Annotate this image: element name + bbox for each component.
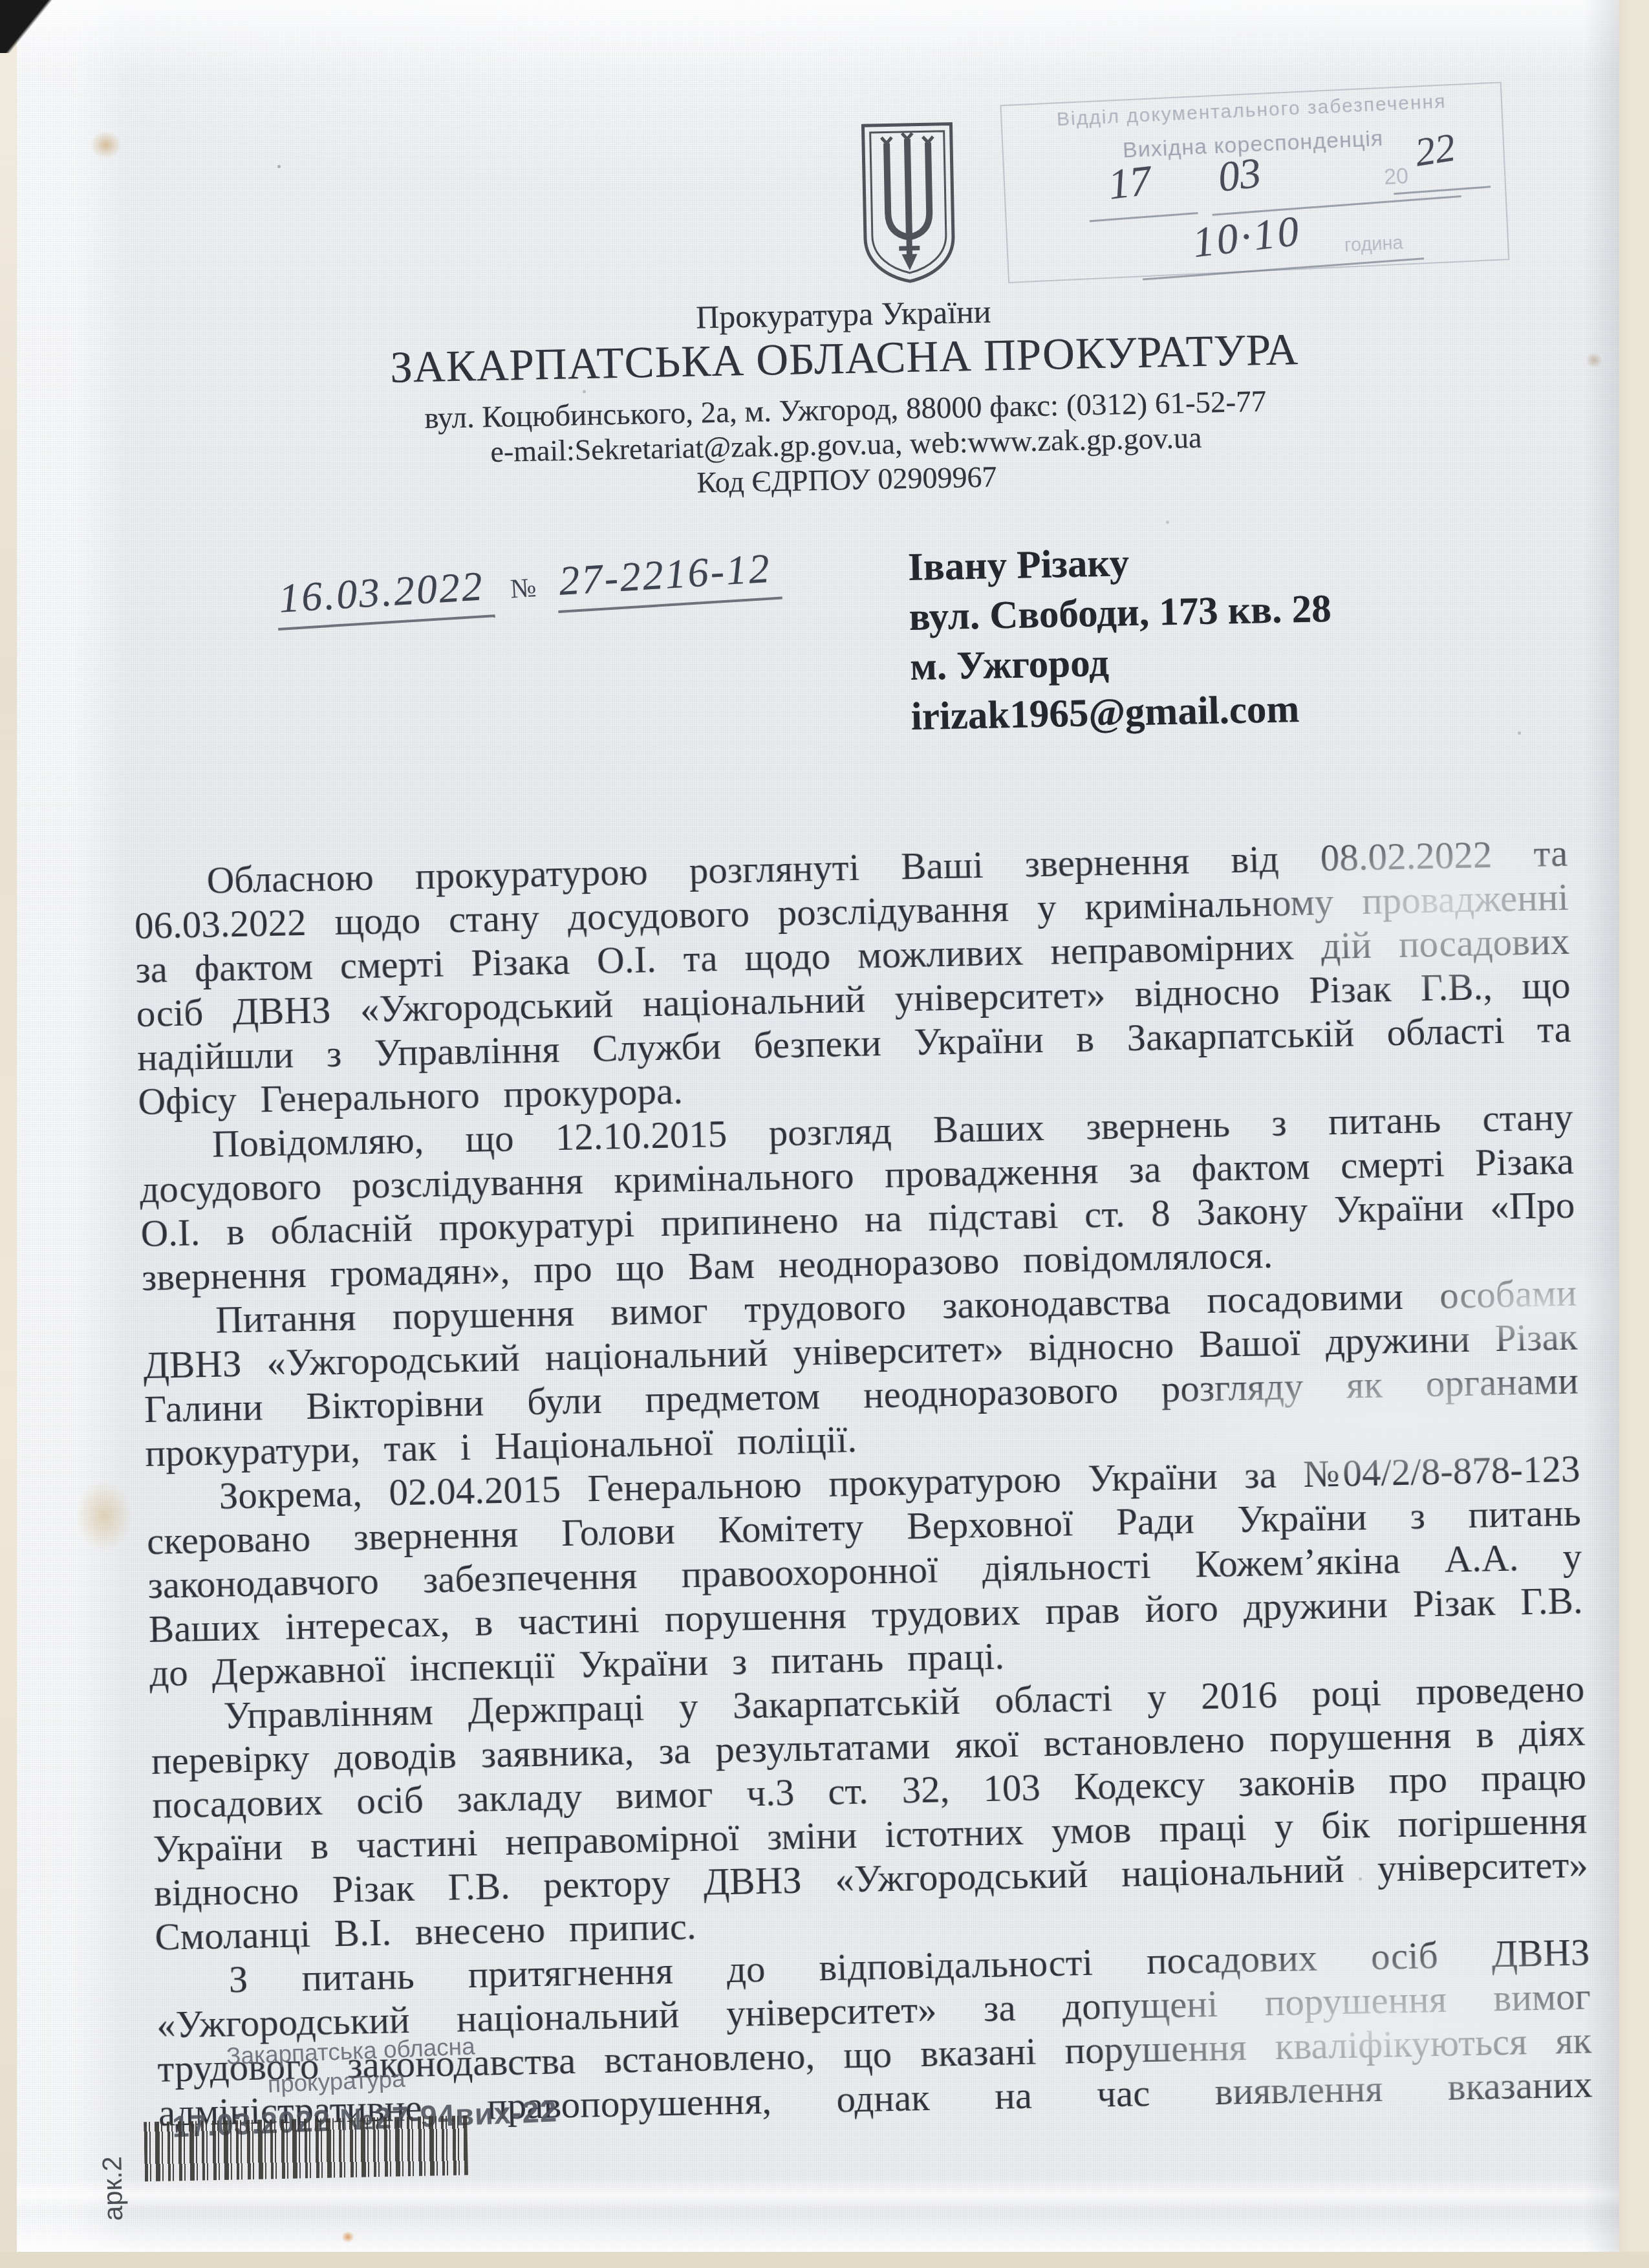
number-sign: № <box>510 573 537 604</box>
body-paragraph: Питання порушення вимог трудового законо… <box>142 1271 1580 1475</box>
scan-corner-mark <box>0 0 65 53</box>
scanned-letter: { "colors": { "paper": "#eceef0", "ink":… <box>0 0 1649 2268</box>
body-paragraph: Повідомляю, що 12.10.2015 розгляд Ваших … <box>138 1095 1576 1299</box>
sheet-number-label: арк.2 <box>96 2117 129 2221</box>
recipient-street: вул. Свободи, 173 кв. 28 <box>909 584 1331 642</box>
document-content: Відділ документального забезпечення Вихі… <box>0 0 1644 2267</box>
document-page: Відділ документального забезпечення Вихі… <box>17 0 1619 2252</box>
stamp-month-handwritten: 03 <box>1216 149 1264 202</box>
incoming-correspondence-stamp: Відділ документального забезпечення Вихі… <box>1000 81 1509 283</box>
stamp-underline <box>1090 212 1198 222</box>
stamp-year-prefix: 20 <box>1383 164 1409 190</box>
letter-body: Обласною прокуратурою розглянуті Ваші зв… <box>133 831 1593 2135</box>
ukraine-trident-emblem-icon <box>857 120 959 286</box>
body-paragraph: Обласною прокуратурою розглянуті Ваші зв… <box>133 831 1573 1123</box>
recipient-name: Івану Різаку <box>907 534 1330 592</box>
paper-stain <box>76 1481 132 1551</box>
paper-stain <box>341 2231 354 2243</box>
paper-stain <box>91 131 122 158</box>
stamp-year-handwritten: 22 <box>1412 125 1458 177</box>
reference-number: 27-2216-12 <box>555 545 782 613</box>
recipient-email: irizak1965@gmail.com <box>911 684 1333 742</box>
stamp-time-handwritten: 10·10 <box>1190 206 1304 268</box>
paper-edge-shadow <box>1584 0 1619 2268</box>
reference-date: 16.03.2022 <box>275 562 495 631</box>
stamp-day-handwritten: 17 <box>1106 157 1154 210</box>
stamp-time-label: година <box>1344 233 1403 257</box>
document-barcode <box>144 2115 468 2181</box>
outgoing-reference-handwritten: 16.03.2022 № 27-2216-12 <box>275 544 782 623</box>
stamp-underline <box>1143 257 1424 280</box>
scanner-bed-right-strip <box>1619 0 1649 2268</box>
recipient-city: м. Ужгород <box>910 634 1333 692</box>
scanner-bed-bottom-strip <box>0 2252 1649 2268</box>
body-paragraph: Зокрема, 02.04.2015 Генеральною прокурат… <box>145 1446 1584 1694</box>
body-paragraph: Управлінням Держпраці у Закарпатській об… <box>150 1666 1590 1958</box>
scanner-bed-left-strip <box>0 0 17 2268</box>
recipient-block: Івану Різаку вул. Свободи, 173 кв. 28 м.… <box>907 534 1333 742</box>
